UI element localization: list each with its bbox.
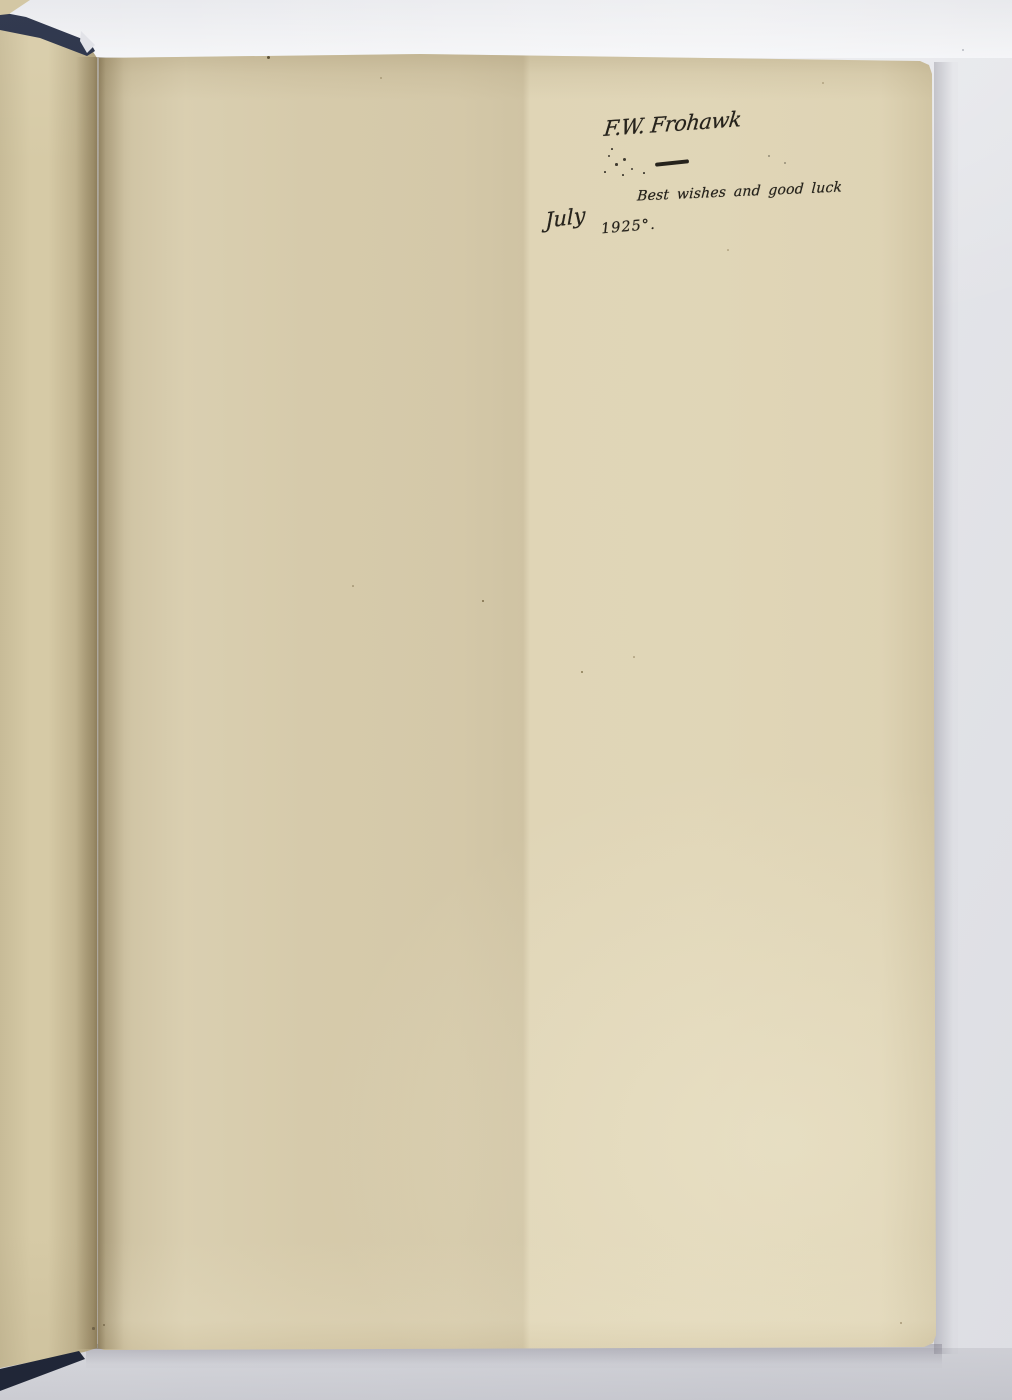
book-photograph: F.W. Frohawk Best wishes and good luck J…	[0, 0, 1012, 1400]
ink-spatter	[622, 174, 624, 176]
ink-spatter	[608, 155, 610, 157]
foxing-speck	[633, 656, 635, 658]
foxing-speck	[900, 1322, 902, 1324]
flyleaf-page	[0, 0, 1012, 1400]
foxing-speck	[92, 1327, 95, 1330]
foxing-speck	[822, 82, 824, 84]
page-cast-shadow-right	[934, 62, 958, 1354]
photo-background-top	[0, 0, 1012, 58]
ink-spatter	[623, 158, 626, 161]
foxing-speck	[727, 249, 729, 251]
ink-spatter	[611, 148, 613, 150]
ink-spatter	[643, 172, 645, 174]
foxing-speck	[103, 1324, 105, 1326]
ink-spatter	[631, 168, 633, 170]
dust-speck	[962, 49, 964, 51]
foxing-speck	[581, 671, 583, 673]
ink-spatter	[604, 171, 606, 173]
ink-spatter	[784, 162, 786, 164]
foxing-speck	[267, 56, 270, 59]
gutter-shadow	[76, 57, 124, 1349]
foxing-speck	[380, 77, 382, 79]
foxing-speck	[352, 585, 354, 587]
foxing-speck	[482, 600, 484, 602]
ink-spatter	[768, 155, 770, 157]
ink-spatter	[615, 163, 618, 166]
